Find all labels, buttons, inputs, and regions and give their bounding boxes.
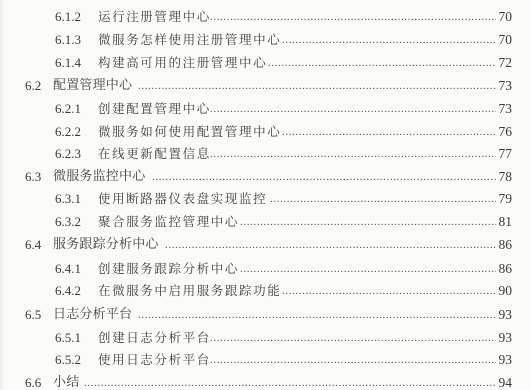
- entry-page-number: 93: [499, 328, 513, 348]
- toc-entry-6-2-2[interactable]: 6.2.2 微服务如何使用配置管理中心 76: [0, 122, 531, 142]
- toc-entry-6-3[interactable]: 6.3 微服务监控中心 78: [0, 167, 531, 187]
- dot-leader: [152, 167, 496, 187]
- entry-title: 微服务如何使用配置管理中心: [98, 122, 281, 142]
- entry-title: 服务跟踪分析中心: [53, 235, 159, 255]
- dot-leader: [240, 259, 496, 279]
- entry-number: 6.1.4: [55, 53, 81, 73]
- dot-leader: [270, 189, 496, 209]
- entry-title: 微服务怎样使用注册管理中心: [98, 30, 281, 50]
- entry-number: 6.6: [25, 373, 41, 390]
- entry-page-number: 86: [499, 235, 513, 255]
- entry-page-number: 72: [499, 53, 513, 73]
- entry-title: 创建配置管理中心: [98, 99, 211, 119]
- dot-leader: [210, 7, 496, 27]
- entry-page-number: 90: [499, 281, 513, 301]
- entry-page-number: 76: [499, 122, 513, 142]
- dot-leader: [282, 30, 496, 50]
- toc-entry-6-4[interactable]: 6.4 服务跟踪分析中心 86: [0, 235, 531, 255]
- dot-leader: [268, 53, 496, 73]
- entry-number: 6.5.1: [55, 328, 81, 348]
- toc-entry-6-5-1[interactable]: 6.5.1 创建日志分析平台 93: [0, 328, 531, 348]
- entry-page-number: 79: [499, 189, 513, 209]
- toc-entry-6-4-1[interactable]: 6.4.1 创建服务跟踪分析中心 86: [0, 259, 531, 279]
- entry-number: 6.5: [25, 305, 41, 325]
- entry-page-number: 70: [499, 7, 513, 27]
- entry-title: 微服务监控中心: [53, 167, 145, 187]
- entry-page-number: 93: [499, 305, 513, 325]
- dot-leader: [165, 235, 496, 255]
- toc-entry-6-5[interactable]: 6.5 日志分析平台 93: [0, 305, 531, 325]
- entry-title: 创建日志分析平台: [98, 328, 211, 348]
- entry-page-number: 94: [499, 373, 513, 390]
- entry-number: 6.5.2: [55, 350, 81, 370]
- entry-title: 运行注册管理中心: [98, 7, 211, 27]
- entry-title: 小结: [53, 373, 79, 390]
- toc-entry-6-5-2[interactable]: 6.5.2 使用日志分析平台 93: [0, 350, 531, 370]
- entry-page-number: 77: [499, 144, 513, 164]
- toc-entry-6-3-1[interactable]: 6.3.1 使用断路器仪表盘实现监控 79: [0, 189, 531, 209]
- dot-leader: [210, 99, 496, 119]
- entry-page-number: 73: [499, 76, 513, 96]
- entry-page-number: 78: [499, 167, 513, 187]
- toc-entry-6-6[interactable]: 6.6 小结 94: [0, 373, 531, 390]
- entry-number: 6.2.1: [55, 99, 81, 119]
- toc-entry-6-2[interactable]: 6.2 配置管理中心 73: [0, 76, 531, 96]
- entry-title: 在线更新配置信息: [98, 144, 211, 164]
- entry-title: 使用日志分析平台: [98, 350, 211, 370]
- dot-leader: [138, 76, 496, 96]
- toc-entry-6-2-1[interactable]: 6.2.1 创建配置管理中心 73: [0, 99, 531, 119]
- entry-number: 6.2.2: [55, 122, 81, 142]
- dot-leader: [282, 281, 496, 301]
- entry-page-number: 93: [499, 350, 513, 370]
- entry-number: 6.4.1: [55, 259, 81, 279]
- entry-number: 6.1.2: [55, 7, 81, 27]
- entry-number: 6.2: [25, 76, 41, 96]
- toc-entry-6-1-2[interactable]: 6.1.2 运行注册管理中心 70: [0, 7, 531, 27]
- entry-title: 使用断路器仪表盘实现监控: [98, 189, 267, 209]
- entry-title: 聚合服务监控管理中心: [98, 212, 239, 232]
- entry-title: 构建高可用的注册管理中心: [98, 53, 267, 73]
- toc-entry-6-4-2[interactable]: 6.4.2 在微服务中启用服务跟踪功能 90: [0, 281, 531, 301]
- dot-leader: [210, 328, 496, 348]
- dot-leader: [138, 305, 496, 325]
- entry-title: 在微服务中启用服务跟踪功能: [98, 281, 281, 301]
- entry-page-number: 86: [499, 259, 513, 279]
- entry-page-number: 81: [499, 212, 513, 232]
- toc-entry-6-3-2[interactable]: 6.3.2 聚合服务监控管理中心 81: [0, 212, 531, 232]
- entry-number: 6.4: [25, 235, 41, 255]
- dot-leader: [210, 144, 496, 164]
- toc-entry-6-1-4[interactable]: 6.1.4 构建高可用的注册管理中心 72: [0, 53, 531, 73]
- entry-title: 配置管理中心: [53, 76, 132, 96]
- dot-leader: [282, 122, 496, 142]
- entry-number: 6.3.2: [55, 212, 81, 232]
- entry-number: 6.3: [25, 167, 41, 187]
- entry-title: 创建服务跟踪分析中心: [98, 259, 239, 279]
- toc-entry-6-2-3[interactable]: 6.2.3 在线更新配置信息 77: [0, 144, 531, 164]
- entry-page-number: 70: [499, 30, 513, 50]
- entry-number: 6.1.3: [55, 30, 81, 50]
- entry-page-number: 73: [499, 99, 513, 119]
- dot-leader: [240, 212, 496, 232]
- entry-number: 6.2.3: [55, 144, 81, 164]
- dot-leader: [84, 373, 496, 390]
- entry-title: 日志分析平台: [53, 305, 132, 325]
- entry-number: 6.4.2: [55, 281, 81, 301]
- table-of-contents: 6.1.2 运行注册管理中心 70 6.1.3 微服务怎样使用注册管理中心 70…: [0, 0, 531, 390]
- dot-leader: [210, 350, 496, 370]
- toc-entry-6-1-3[interactable]: 6.1.3 微服务怎样使用注册管理中心 70: [0, 30, 531, 50]
- entry-number: 6.3.1: [55, 189, 81, 209]
